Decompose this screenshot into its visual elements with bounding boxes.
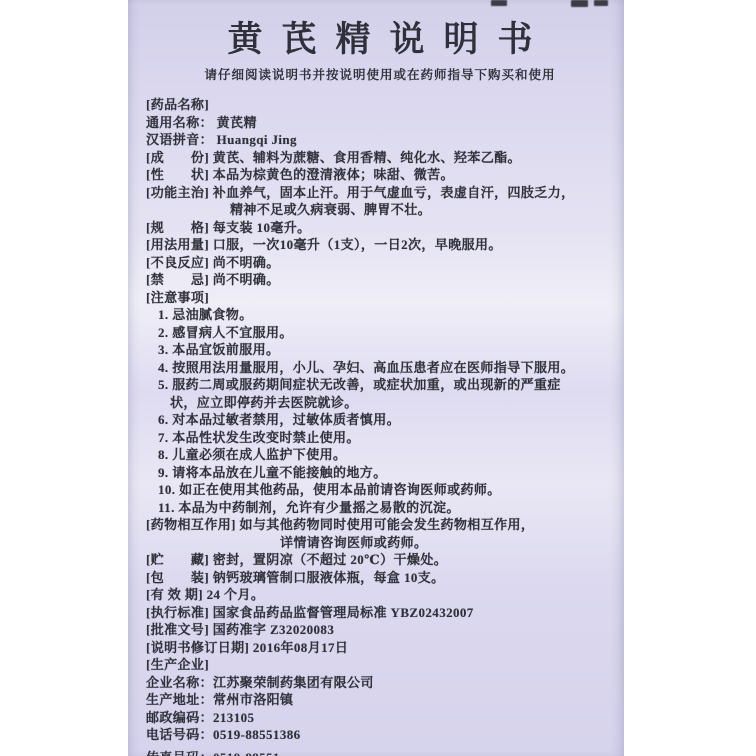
leaflet-line: [注意事项] xyxy=(146,289,614,307)
leaflet-line: 9. 请将本品放在儿童不能接触的地方。 xyxy=(146,464,614,482)
leaflet-line: [药品名称] xyxy=(146,96,614,114)
leaflet-line: 1. 忌油腻食物。 xyxy=(146,306,614,324)
leaflet-line: 3. 本品宜饭前服用。 xyxy=(146,341,614,359)
leaflet-line: 6. 对本品过敏者禁用，过敏体质者慎用。 xyxy=(146,411,614,429)
leaflet-line: [功能主治] 补血养气，固本止汗。用于气虚血亏，表虚自汗，四肢乏力， xyxy=(146,184,614,202)
leaflet-line: [包 装] 钠钙玻璃管制口服液体瓶，每盒 10支。 xyxy=(146,569,614,587)
leaflet-line: [有 效 期] 24 个月。 xyxy=(146,586,614,604)
leaflet-line: 4. 按照用法用量服用，小儿、孕妇、高血压患者应在医师指导下服用。 xyxy=(146,359,614,377)
leaflet-line: [批准文号] 国药准字 Z32020083 xyxy=(146,621,614,639)
leaflet-title: 黄芪精说明书 xyxy=(146,12,614,62)
leaflet-line: [禁 忌] 尚不明确。 xyxy=(146,271,614,289)
leaflet-line: 状，应立即停药并去医院就诊。 xyxy=(146,394,614,412)
leaflet-line: 11. 本品为中药制剂，允许有少量摇之易散的沉淀。 xyxy=(146,499,614,517)
leaflet-line: 邮政编码：213105 xyxy=(146,709,614,727)
leaflet-line: 通用名称： 黄芪精 xyxy=(146,114,614,132)
leaflet-line: [性 状] 本品为棕黄色的澄清液体；味甜、微苦。 xyxy=(146,166,614,184)
leaflet-line: 5. 服药二周或服药期间症状无改善，或症状加重，或出现新的严重症 xyxy=(146,376,614,394)
leaflet-line: 详情请咨询医师或药师。 xyxy=(146,534,614,552)
leaflet-subtitle: 请仔细阅读说明书并按说明使用或在药师指导下购买和使用 xyxy=(146,65,614,83)
leaflet-line: [贮 藏] 密封，置阴凉（不超过 20℃）干燥处。 xyxy=(146,551,614,569)
leaflet-line: 2. 感冒病人不宜服用。 xyxy=(146,324,614,342)
leaflet-content: 黄芪精说明书 请仔细阅读说明书并按说明使用或在药师指导下购买和使用 [药品名称]… xyxy=(128,0,624,744)
leaflet-line: [说明书修订日期] 2016年08月17日 xyxy=(146,639,614,657)
leaflet-line: 10. 如正在使用其他药品，使用本品前请咨询医师或药师。 xyxy=(146,481,614,499)
leaflet-line: 汉语拼音： Huangqi Jing xyxy=(146,131,614,149)
leaflet-line: 电话号码：0519-88551386 xyxy=(146,726,614,744)
leaflet-line: [规 格] 每支装 10毫升。 xyxy=(146,219,614,237)
leaflet-line: 7. 本品性状发生改变时禁止使用。 xyxy=(146,429,614,447)
leaflet-line: 精神不足或久病衰弱、脾胃不壮。 xyxy=(146,201,614,219)
leaflet-line: [用法用量] 口服，一次10毫升（1支），一日2次，早晚服用。 xyxy=(146,236,614,254)
leaflet-body: [药品名称]通用名称： 黄芪精汉语拼音： Huangqi Jing[成 份] 黄… xyxy=(146,96,614,744)
leaflet-line: [药物相互作用] 如与其他药物同时使用可能会发生药物相互作用， xyxy=(146,516,614,534)
leaflet-line: [执行标准] 国家食品药品监督管理局标准 YBZ02432007 xyxy=(146,604,614,622)
leaflet-line: [不良反应] 尚不明确。 xyxy=(146,254,614,272)
leaflet-paper: 黄芪精说明书 请仔细阅读说明书并按说明使用或在药师指导下购买和使用 [药品名称]… xyxy=(128,0,624,756)
leaflet-line: [成 份] 黄芪、辅料为蔗糖、食用香精、纯化水、羟苯乙酯。 xyxy=(146,149,614,167)
leaflet-line: [生产企业] xyxy=(146,656,614,674)
leaflet-line: 8. 儿童必须在成人监护下使用。 xyxy=(146,446,614,464)
leaflet-line: 生产地址：常州市洛阳镇 xyxy=(146,691,614,709)
leaflet-line-clipped: 传真号码：0519-88551 xyxy=(146,749,280,756)
leaflet-line: 企业名称：江苏聚荣制药集团有限公司 xyxy=(146,674,614,692)
